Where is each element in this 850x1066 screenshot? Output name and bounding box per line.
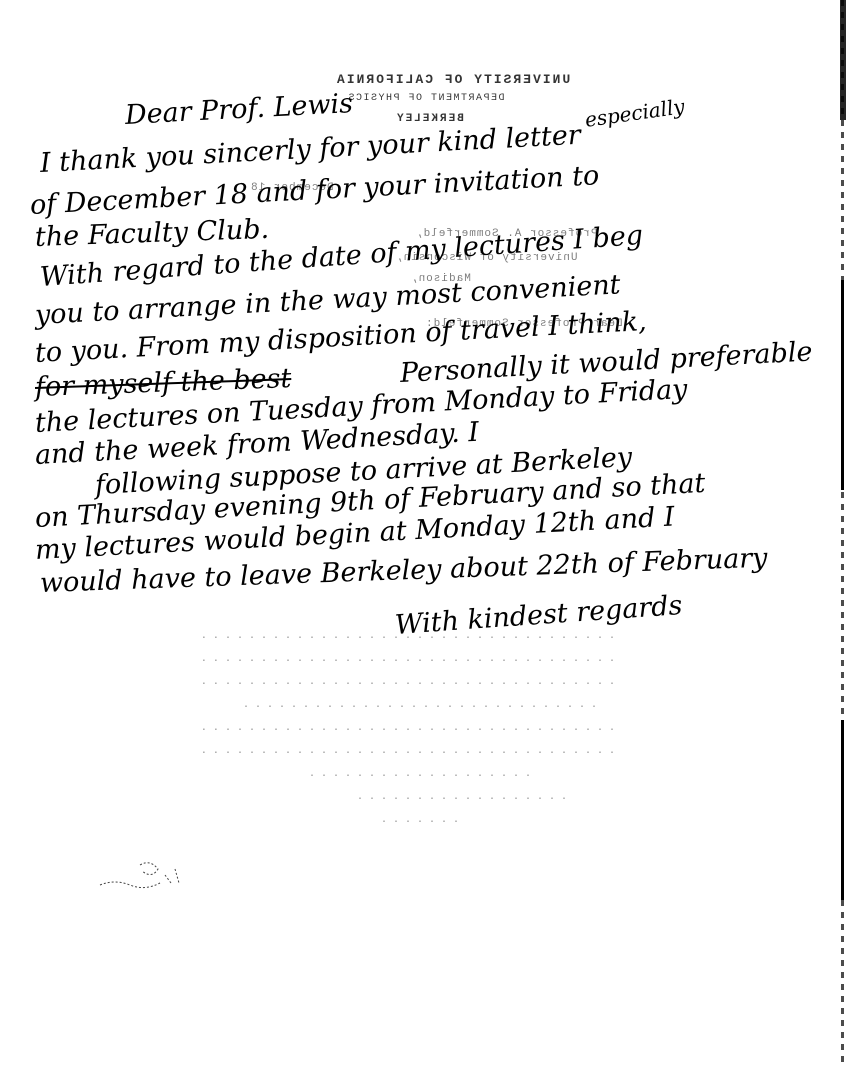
scan-edge-line xyxy=(841,720,844,900)
bleed-through-body: . . . . . . . . . . . . . . . . . . . . … xyxy=(95,625,615,832)
scanned-letter-page: UNIVERSITY OF CALIFORNIA DEPARTMENT OF P… xyxy=(0,0,850,1066)
handwritten-line: the Faculty Club. xyxy=(34,214,269,253)
insertion-especially: especially xyxy=(583,94,686,132)
letterhead-city: BERKELEY xyxy=(395,113,464,125)
letterhead-department: DEPARTMENT OF PHYSICS xyxy=(347,93,505,104)
faint-signature-mark xyxy=(95,855,205,895)
scan-edge-dotted xyxy=(841,0,844,1066)
scan-edge-line xyxy=(841,280,844,490)
letterhead-institution: UNIVERSITY OF CALIFORNIA xyxy=(335,72,570,87)
salutation: Dear Prof. Lewis xyxy=(124,88,354,131)
